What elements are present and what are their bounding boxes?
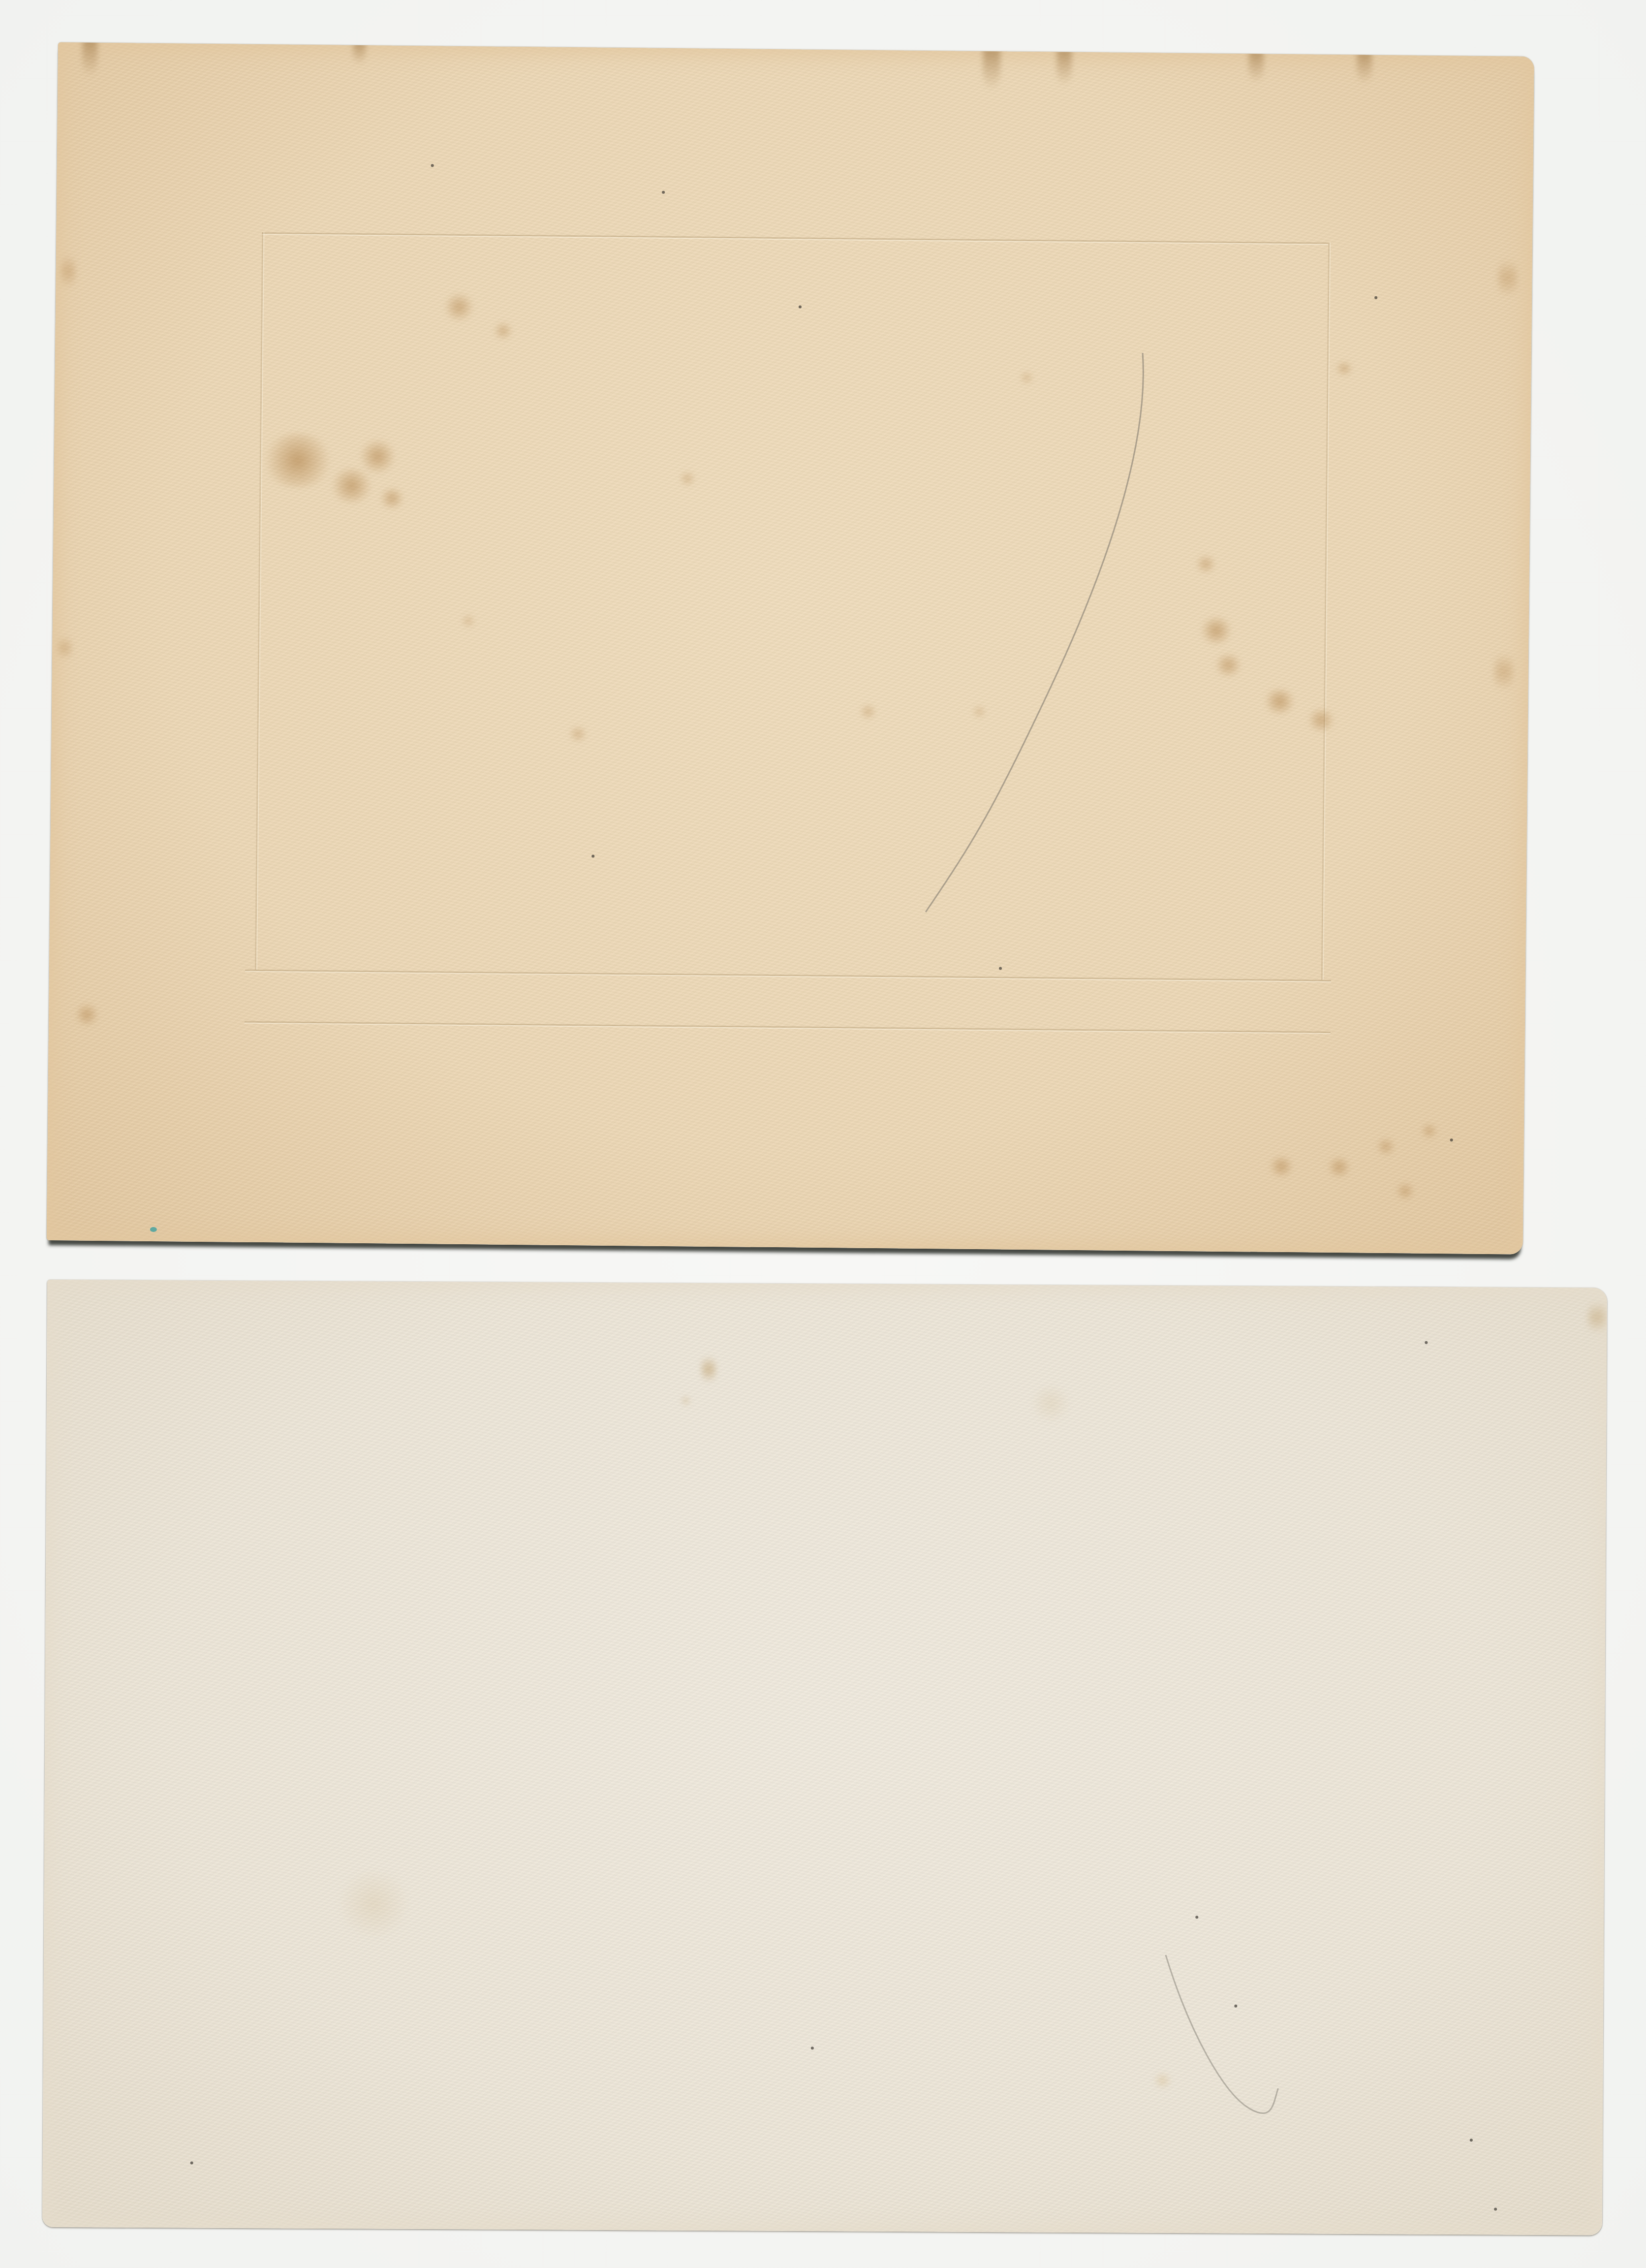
lower-card: [42, 1280, 1607, 2236]
pencil-curve-mark: [42, 1280, 1607, 2236]
pencil-curve-mark: [47, 42, 1534, 1255]
upper-card: [47, 42, 1534, 1255]
